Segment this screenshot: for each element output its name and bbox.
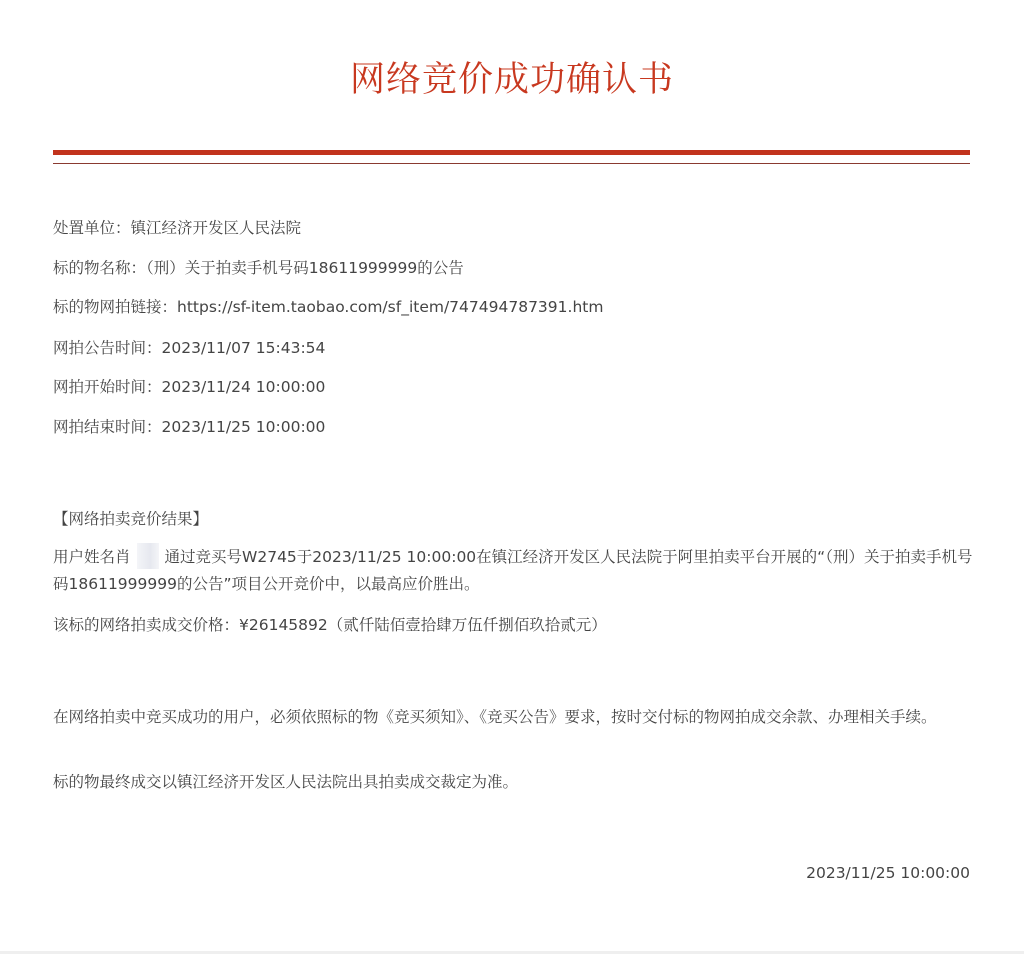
info-start-time: 网拍开始时间：2023/11/24 10:00:00: [53, 376, 325, 398]
info-label: 标的物网拍链接：: [53, 298, 177, 316]
info-label: 网拍开始时间：: [53, 378, 162, 396]
document-title: 网络竞价成功确认书: [0, 56, 1024, 104]
info-value: 2023/11/24 10:00:00: [162, 378, 326, 396]
result-statement: 用户姓名肖通过竞买号W2745于2023/11/25 10:00:00在镇江经济…: [53, 544, 973, 598]
result-heading: 【网络拍卖竞价结果】: [53, 508, 208, 530]
confirmation-document: 网络竞价成功确认书 处置单位：镇江经济开发区人民法院 标的物名称：（刑）关于拍卖…: [0, 0, 1024, 951]
winner-statement: 通过竞买号W2745于2023/11/25 10:00:00在镇江经济开发区人民…: [53, 548, 972, 593]
title-divider-thin: [53, 163, 970, 164]
info-end-time: 网拍结束时间：2023/11/25 10:00:00: [53, 416, 325, 438]
info-value: 镇江经济开发区人民法院: [131, 219, 302, 237]
info-label: 网拍结束时间：: [53, 418, 162, 436]
info-value: 2023/11/25 10:00:00: [162, 418, 326, 436]
note-payment-requirement: 在网络拍卖中竞买成功的用户，必须依照标的物《竞买须知》、《竞买公告》要求，按时交…: [53, 704, 973, 731]
info-label: 处置单位：: [53, 219, 131, 237]
redacted-name-block: [137, 543, 159, 569]
final-price: 该标的网络拍卖成交价格：¥26145892（贰仟陆佰壹拾肆万伍仟捌佰玖拾贰元）: [53, 614, 607, 636]
info-value: （刑）关于拍卖手机号码18611999999的公告: [146, 259, 464, 277]
signature-date: 2023/11/25 10:00:00: [806, 862, 970, 884]
info-item-link: 标的物网拍链接：https://sf-item.taobao.com/sf_it…: [53, 296, 603, 318]
info-label: 标的物名称：: [53, 259, 146, 277]
info-value: 2023/11/07 15:43:54: [162, 339, 326, 357]
info-announce-time: 网拍公告时间：2023/11/07 15:43:54: [53, 337, 325, 359]
item-link: https://sf-item.taobao.com/sf_item/74749…: [177, 298, 603, 316]
info-label: 网拍公告时间：: [53, 339, 162, 357]
title-divider-thick: [53, 150, 970, 155]
winner-name-prefix: 用户姓名肖: [53, 548, 131, 566]
info-disposal-unit: 处置单位：镇江经济开发区人民法院: [53, 217, 301, 239]
info-item-name: 标的物名称：（刑）关于拍卖手机号码18611999999的公告: [53, 257, 464, 279]
note-final-ruling: 标的物最终成交以镇江经济开发区人民法院出具拍卖成交裁定为准。: [53, 771, 518, 793]
